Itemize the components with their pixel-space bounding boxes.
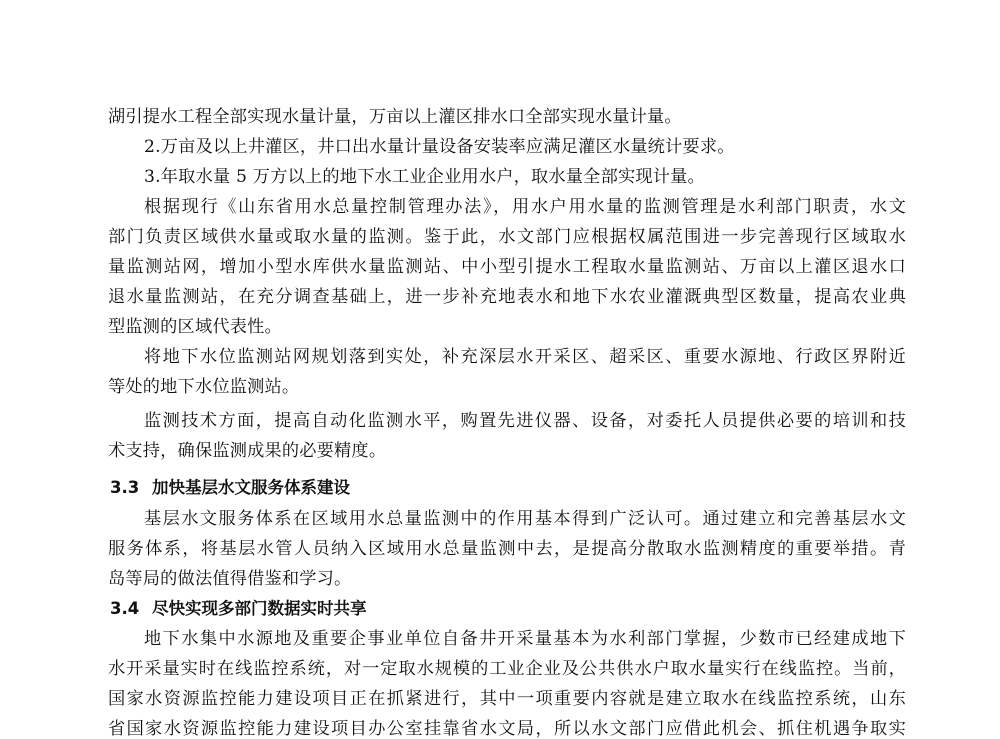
section-heading-3-3: 3.3加快基层水文服务体系建设 xyxy=(110,477,350,499)
paragraph-line: 水开采量实时在线监控系统，对一定取水规模的工业企业及公共供水户取水量实行在线监控… xyxy=(108,658,906,680)
paragraph-line: 地下水集中水源地及重要企事业单位自备井开采量基本为水利部门掌握，少数市已经建成地… xyxy=(144,628,906,650)
paragraph-line: 型监测的区域代表性。 xyxy=(108,316,906,338)
document-page: 湖引提水工程全部实现水量计量，万亩以上灌区排水口全部实现水量计量。 2.万亩及以… xyxy=(0,0,1000,739)
paragraph-line: 等处的地下水位监测站。 xyxy=(108,376,906,398)
section-title: 尽快实现多部门数据实时共享 xyxy=(152,599,367,618)
paragraph-line: 部门负责区域供水量或取水量的监测。鉴于此，水文部门应根据权属范围进一步完善现行区… xyxy=(108,226,906,248)
paragraph-line: 湖引提水工程全部实现水量计量，万亩以上灌区排水口全部实现水量计量。 xyxy=(108,106,906,128)
paragraph-line: 监测技术方面，提高自动化监测水平，购置先进仪器、设备，对委托人员提供必要的培训和… xyxy=(144,410,906,432)
paragraph-line: 基层水文服务体系在区域用水总量监测中的作用基本得到广泛认可。通过建立和完善基层水… xyxy=(144,508,906,530)
section-number: 3.4 xyxy=(110,598,152,620)
section-number: 3.3 xyxy=(110,477,152,499)
paragraph-line: 退水量监测站，在充分调查基础上，进一步补充地表水和地下水农业灌溉典型区数量，提高… xyxy=(108,286,906,308)
paragraph-line: 将地下水位监测站网规划落到实处，补充深层水开采区、超采区、重要水源地、行政区界附… xyxy=(144,346,906,368)
paragraph-line: 服务体系，将基层水管人员纳入区域用水总量监测中去，是提高分散取水监测精度的重要举… xyxy=(108,538,906,560)
list-item-2: 2.万亩及以上井灌区，井口出水量计量设备安装率应满足灌区水量统计要求。 xyxy=(144,136,906,158)
paragraph-line: 岛等局的做法值得借鉴和学习。 xyxy=(108,568,906,590)
paragraph-line: 术支持，确保监测成果的必要精度。 xyxy=(108,440,906,462)
paragraph-line: 量监测站网，增加小型水库供水量监测站、中小型引提水工程取水量监测站、万亩以上灌区… xyxy=(108,256,906,278)
paragraph-line: 国家水资源监控能力建设项目正在抓紧进行，其中一项重要内容就是建立取水在线监控系统… xyxy=(108,688,906,710)
section-heading-3-4: 3.4尽快实现多部门数据实时共享 xyxy=(110,598,367,620)
list-item-3: 3.年取水量 5 万方以上的地下水工业企业用水户，取水量全部实现计量。 xyxy=(144,166,906,188)
section-title: 加快基层水文服务体系建设 xyxy=(152,478,350,497)
paragraph-line: 省国家水资源监控能力建设项目办公室挂靠省水文局，所以水文部门应借此机会、抓住机遇… xyxy=(108,718,906,739)
paragraph-line: 根据现行《山东省用水总量控制管理办法》，用水户用水量的监测管理是水利部门职责，水… xyxy=(144,196,906,218)
